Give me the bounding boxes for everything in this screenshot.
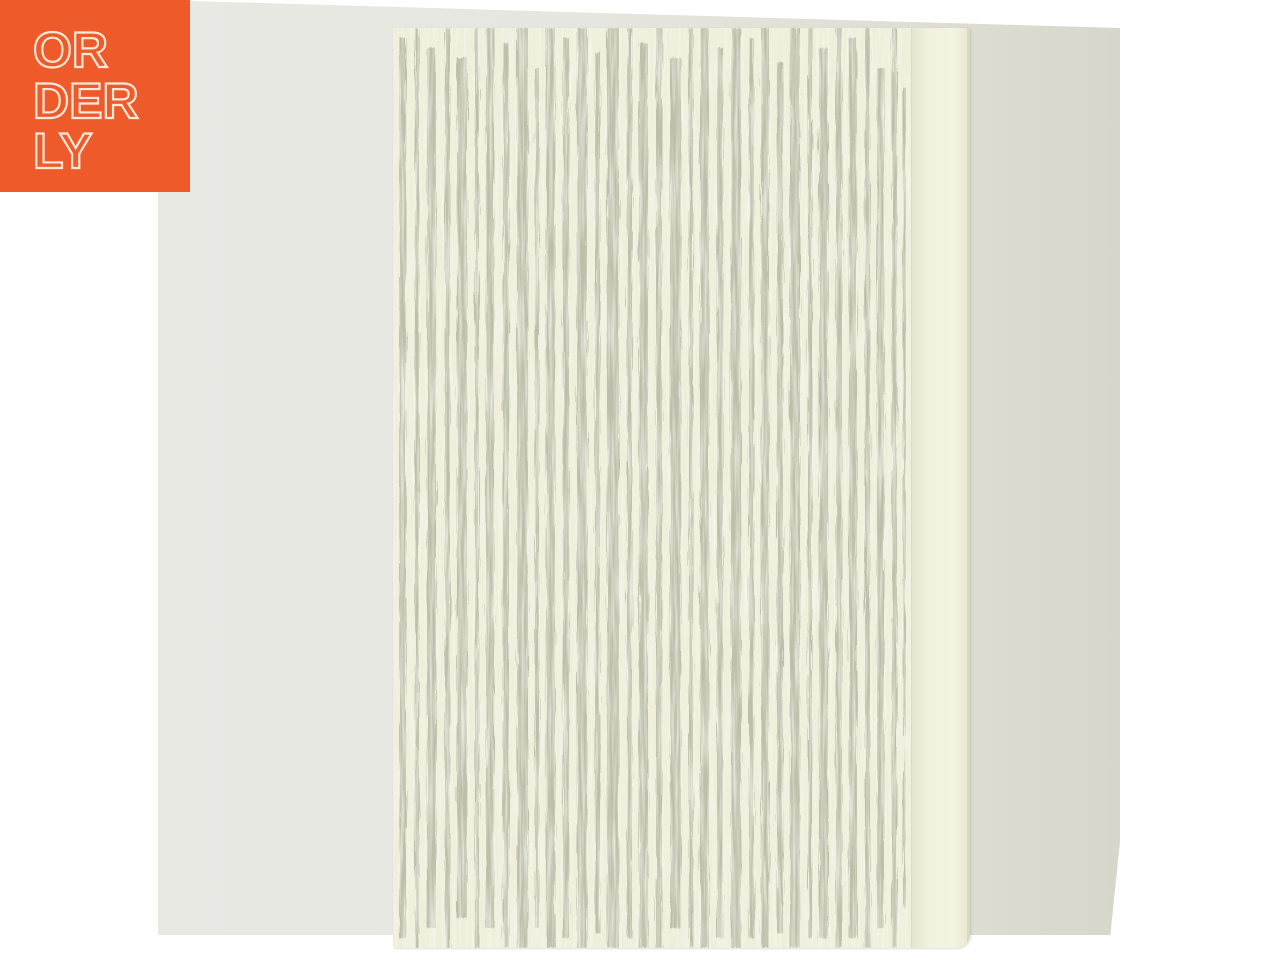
logo-line-3: LY: [33, 123, 92, 179]
orderly-logo-icon: OR DER LY: [0, 0, 190, 192]
orderly-logo: OR DER LY: [0, 0, 190, 192]
logo-line-1: OR: [33, 22, 108, 78]
brush-stripe-pattern: [393, 28, 911, 948]
book-spine-edge: [967, 28, 970, 948]
logo-line-2: DER: [33, 73, 139, 129]
book-spine: [911, 28, 970, 948]
book-back-cover: [393, 28, 970, 948]
